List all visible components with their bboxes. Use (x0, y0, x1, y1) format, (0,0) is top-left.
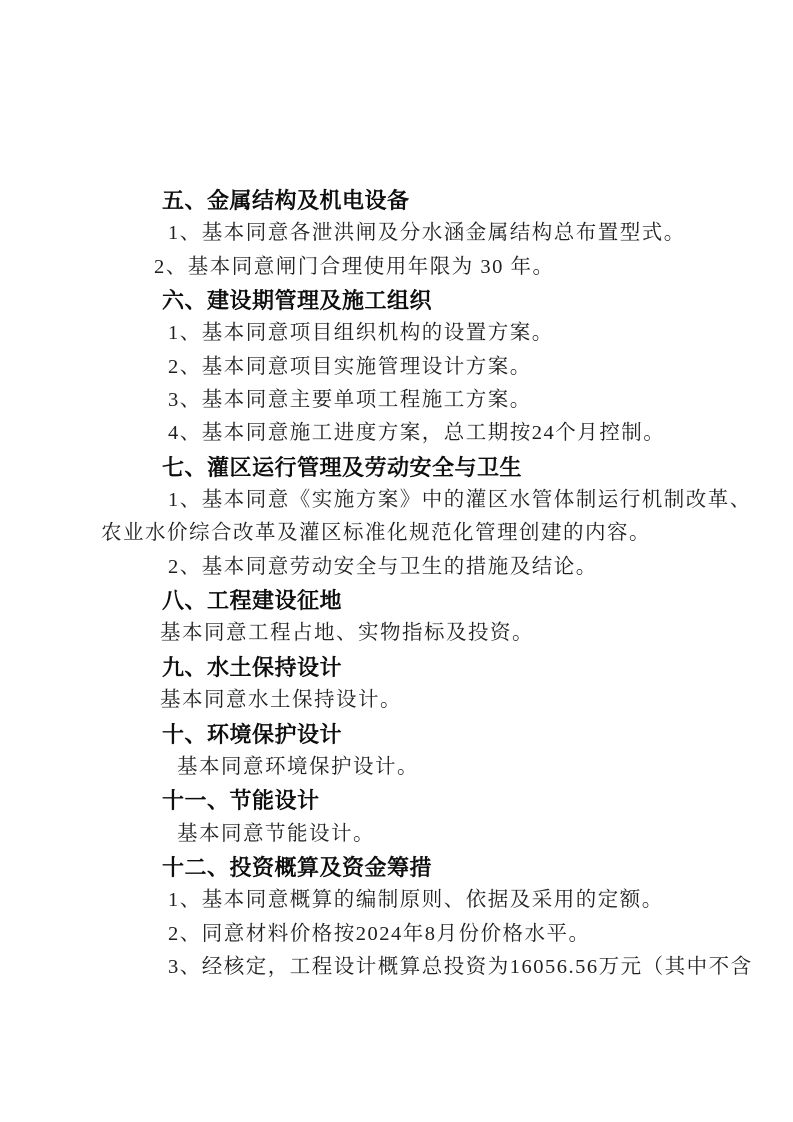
section-heading: 十二、投资概算及资金筹措 (100, 851, 700, 884)
text-line: 农业水价综合改革及灌区标准化规范化管理创建的内容。 (100, 517, 700, 550)
text-line: 2、基本同意劳动安全与卫生的措施及结论。 (100, 551, 700, 584)
text-line: 1、基本同意《实施方案》中的灌区水管体制运行机制改革、 (100, 484, 700, 517)
text-line: 2、基本同意闸门合理使用年限为 30 年。 (100, 251, 700, 284)
section-heading: 七、灌区运行管理及劳动安全与卫生 (100, 451, 700, 484)
text-line: 1、基本同意概算的编制原则、依据及采用的定额。 (100, 884, 700, 917)
section-heading: 十一、节能设计 (100, 784, 700, 817)
text-line: 基本同意水土保持设计。 (100, 684, 700, 717)
text-line: 2、基本同意项目实施管理设计方案。 (100, 351, 700, 384)
text-line: 4、基本同意施工进度方案，总工期按24个月控制。 (100, 417, 700, 450)
section-heading: 六、建设期管理及施工组织 (100, 284, 700, 317)
text-line: 基本同意工程占地、实物指标及投资。 (100, 617, 700, 650)
text-line: 3、基本同意主要单项工程施工方案。 (100, 384, 700, 417)
text-line: 3、经核定，工程设计概算总投资为16056.56万元（其中不含 (100, 951, 700, 984)
text-line: 1、基本同意项目组织机构的设置方案。 (100, 317, 700, 350)
section-heading: 九、水土保持设计 (100, 651, 700, 684)
text-line: 基本同意环境保护设计。 (100, 751, 700, 784)
text-line: 2、同意材料价格按2024年8月份价格水平。 (100, 918, 700, 951)
document-content: 五、金属结构及机电设备1、基本同意各泄洪闸及分水涵金属结构总布置型式。2、基本同… (100, 184, 700, 984)
document-page: 五、金属结构及机电设备1、基本同意各泄洪闸及分水涵金属结构总布置型式。2、基本同… (0, 0, 793, 1122)
section-heading: 五、金属结构及机电设备 (100, 184, 700, 217)
section-heading: 十、环境保护设计 (100, 718, 700, 751)
section-heading: 八、工程建设征地 (100, 584, 700, 617)
text-line: 1、基本同意各泄洪闸及分水涵金属结构总布置型式。 (100, 217, 700, 250)
text-line: 基本同意节能设计。 (100, 818, 700, 851)
